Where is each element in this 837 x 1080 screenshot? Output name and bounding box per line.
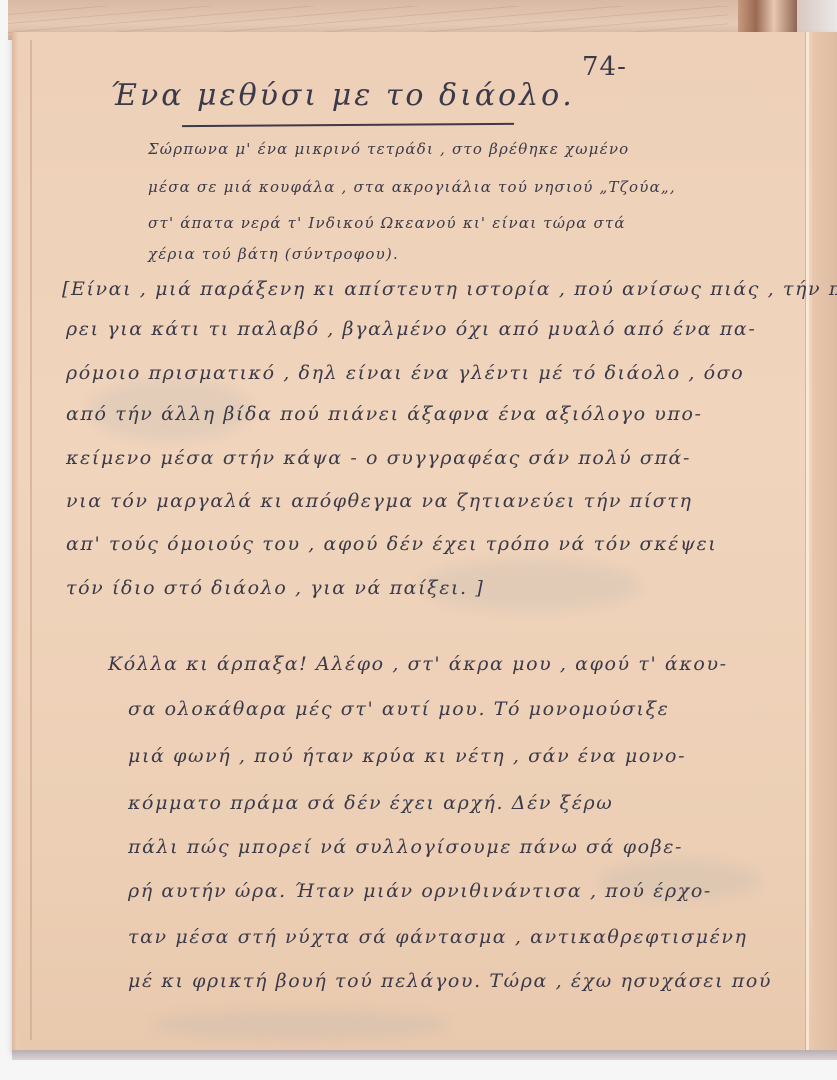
epigraph-line: μέσα σε μιά κουφάλα , στα ακρογιάλια τού… <box>148 178 676 196</box>
bleed-through-stain <box>150 1010 450 1040</box>
paragraph-line: πάλι πώς μπορεί νά συλλογίσουμε πάνω σά … <box>128 836 683 858</box>
paragraph-line: απ' τούς όμοιούς του , αφού δέν έχει τρό… <box>66 533 717 555</box>
book-spine <box>738 0 798 32</box>
page-right-edge <box>812 32 837 1050</box>
paragraph-line: ρή αυτήν ώρα. Ήταν μιάν ορνιθινάντισα , … <box>128 880 712 902</box>
paragraph-line: ταν μέσα στή νύχτα σά φάντασμα , αντικαθ… <box>128 926 748 948</box>
epigraph-line: στ' άπατα νερά τ' Ινδικού Ωκεανού κι' εί… <box>148 214 626 232</box>
paragraph-line: μιά φωνή , πού ήταν κρύα κι νέτη , σάν έ… <box>128 745 686 767</box>
page-fold-line <box>806 32 809 1050</box>
paragraph-line: Κόλλα κι άρπαξα! Αλέφο , στ' άκρα μου , … <box>108 653 728 675</box>
paragraph-line: από τήν άλλη βίδα πού πιάνει άξαφνα ένα … <box>66 403 703 425</box>
page-bottom-shadow <box>12 1050 837 1060</box>
page-left-edge <box>12 32 18 1050</box>
paragraph-line: μέ κι φρικτή βουή τού πελάγου. Τώρα , έχ… <box>128 970 772 992</box>
paragraph-line: τόν ίδιο στό διάολο , για νά παίξει. ] <box>66 577 484 599</box>
paragraph-line: νια τόν μαργαλά κι απόφθεγμα να ζητιανεύ… <box>66 490 692 512</box>
paragraph-line: σα ολοκάθαρα μές στ' αυτί μου. Τό μονομο… <box>128 698 669 720</box>
paragraph-line: [Είναι , μιά παράξενη κι απίστευτη ιστορ… <box>62 278 837 300</box>
page-number: 74- <box>582 52 627 82</box>
paragraph-line: ρόμοιο πρισματικό , δηλ είναι ένα γλέντι… <box>66 362 744 384</box>
paragraph-line: κείμενο μέσα στήν κάψα - ο συγγραφέας σά… <box>66 447 691 469</box>
epigraph-line: Σώρπωνα μ' ένα μικρινό τετράδι , στο βρέ… <box>148 140 629 158</box>
document-title: Ένα μεθύσι με το διάολο. <box>110 78 575 113</box>
paragraph-line: κόμματο πράμα σά δέν έχει αρχή. Δέν ξέρω <box>128 792 613 814</box>
scan-corner <box>797 0 837 32</box>
margin-line <box>30 40 32 1040</box>
epigraph-line: χέρια τού βάτη (σύντροφου). <box>148 245 399 263</box>
paragraph-line: ρει για κάτι τι παλαβό , βγαλμένο όχι απ… <box>66 318 756 340</box>
